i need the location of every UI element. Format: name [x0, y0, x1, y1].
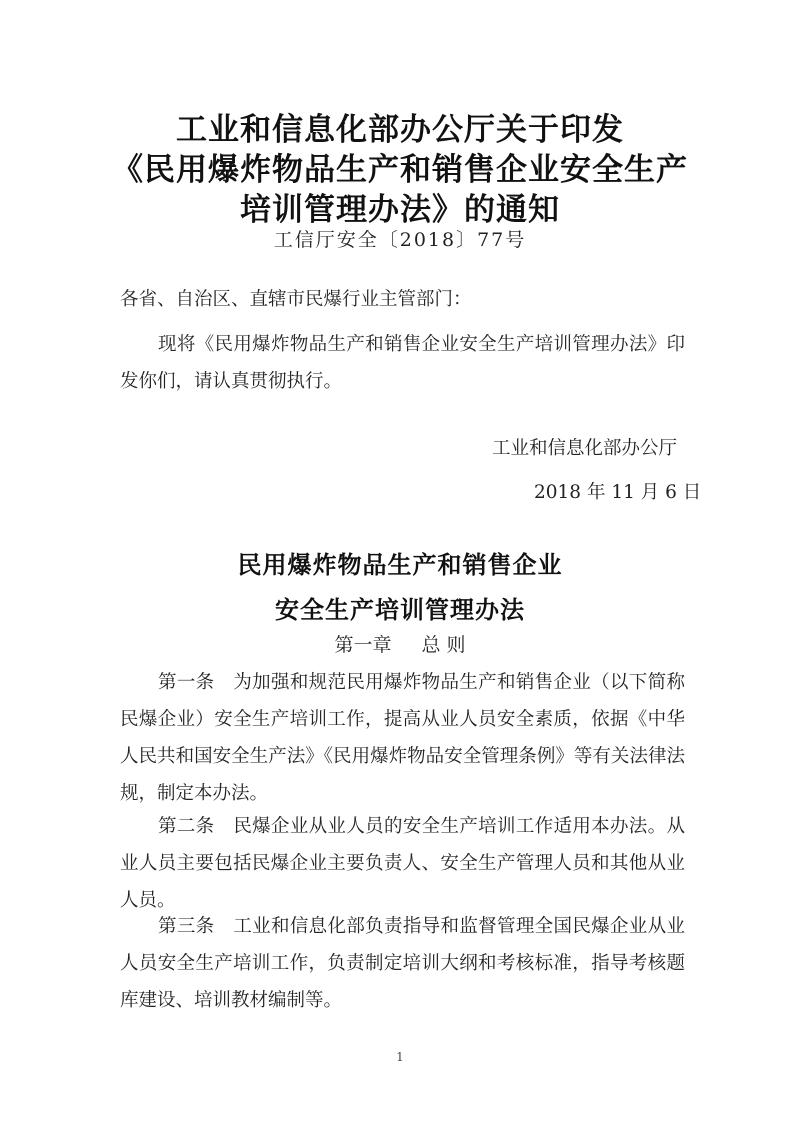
document-title-line-1: 工业和信息化部办公厅关于印发: [0, 104, 800, 149]
article-label: 第三条: [158, 916, 215, 937]
notice-body: 现将《民用爆炸物品生产和销售企业安全生产培训管理办法》印发你们，请认真贯彻执行。: [120, 326, 685, 400]
chapter-heading: 第一章总 则: [0, 630, 800, 657]
article-label: 第一条: [158, 672, 215, 693]
document-title-line-3: 培训管理办法》的通知: [0, 184, 800, 229]
article-label: 第二条: [158, 816, 215, 837]
page-number: 1: [0, 1050, 800, 1064]
regulation-title-line-1: 民用爆炸物品生产和销售企业: [0, 545, 800, 580]
article-1: 第一条 为加强和规范民用爆炸物品生产和销售企业（以下简称民爆企业）安全生产培训工…: [120, 664, 685, 812]
document-number: 工信厅安全〔2018〕77号: [0, 225, 800, 252]
document-title-line-2: 《民用爆炸物品生产和销售企业安全生产: [0, 144, 800, 189]
regulation-title-line-2: 安全生产培训管理办法: [0, 590, 800, 625]
addressee: 各省、自治区、直辖市民爆行业主管部门：: [120, 281, 685, 318]
chapter-name: 总 则: [421, 634, 465, 656]
article-3: 第三条 工业和信息化部负责指导和监督管理全国民爆企业从业人员安全生产培训工作，负…: [120, 908, 685, 1019]
chapter-number: 第一章: [334, 634, 391, 656]
issuer: 工业和信息化部办公厅: [492, 434, 677, 460]
document-page: 工业和信息化部办公厅关于印发 《民用爆炸物品生产和销售企业安全生产 培训管理办法…: [0, 0, 800, 1131]
article-2: 第二条 民爆企业从业人员的安全生产培训工作适用本办法。从业人员主要包括民爆企业主…: [120, 808, 685, 919]
issue-date: 2018 年 11 月 6 日: [534, 478, 701, 504]
